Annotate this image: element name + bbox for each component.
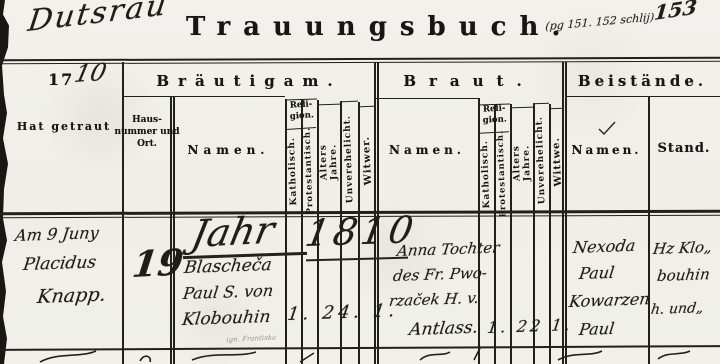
groom-religion-age-marks: 1. 24. 1. <box>286 300 400 325</box>
house-line3: Ort. <box>114 138 179 150</box>
column-header-house: Haus- nummer und Ort. <box>122 108 172 156</box>
section-header-witnesses: Beistände. <box>565 68 720 94</box>
column-header-witness-names: Namen. <box>565 140 648 160</box>
table-rule-horizontal <box>122 96 285 97</box>
column-header-groom-age: Alters Jahre. <box>315 112 341 213</box>
bride-line: des Fr. Pwo- <box>392 264 488 285</box>
religion-line2: gion. <box>287 110 317 123</box>
protestant-label: Protestantisch. <box>302 127 315 215</box>
witness-line: Kowarzen <box>568 289 651 311</box>
officiant-line: Knapp. <box>36 284 107 308</box>
officiant-line: Am 9 Juny <box>14 223 100 245</box>
table-rule-vertical <box>648 96 650 364</box>
section-header-groom: Bräutigam. <box>122 68 376 94</box>
unmarried-label: Unverehelicht. <box>342 115 355 204</box>
table-rule-horizontal <box>317 104 340 106</box>
table-rule-horizontal <box>565 96 720 97</box>
house-line2: nummer und <box>114 126 179 138</box>
scanned-register-page: Dutsrau Trauungsbuch. (pg 151. 152 schli… <box>0 0 720 364</box>
widow-label: Wittwe. <box>550 137 564 187</box>
groom-line: Blascheča <box>183 255 273 278</box>
column-header-bride-names: Namen. <box>376 140 478 160</box>
age-line2: Jahre. <box>521 145 532 182</box>
stand-line: h. und„ <box>650 300 704 318</box>
witness-line: Nexoda <box>572 236 637 257</box>
officiant-line: Placidus <box>22 252 97 275</box>
year-handwritten: 10 <box>72 58 109 88</box>
house-number-entry: 19 <box>130 241 186 286</box>
year-printed: 17 <box>48 70 74 89</box>
age-line2: Jahre. <box>328 144 339 181</box>
partial-row-strokes <box>0 348 720 364</box>
column-header-officiant: Hat getraut <box>8 118 120 134</box>
column-header-groom-names: Namen. <box>172 140 285 160</box>
table-rule-horizontal <box>549 108 563 109</box>
column-header-bride-religion: Reli- gion. <box>479 103 509 126</box>
age-line1: Alters <box>511 145 522 181</box>
table-rule-horizontal <box>510 107 533 109</box>
groom-line: Paul S. von <box>182 281 274 303</box>
stand-line: Hz Klo„ <box>652 238 713 258</box>
stand-line: bouhin <box>656 265 711 285</box>
bride-line: rzaček H. v. <box>388 289 480 310</box>
bride-line: Antlass. <box>408 318 479 340</box>
check-mark-handwritten <box>596 120 618 136</box>
column-header-stand: Stand. <box>648 138 720 158</box>
unmarried-label: Unverehelicht. <box>534 116 547 205</box>
year-heading-word: Jahr <box>188 208 278 256</box>
table-rule-horizontal <box>533 103 549 105</box>
section-header-bride: Braut. <box>376 68 562 94</box>
column-header-groom-religion: Reli- gion. <box>286 99 316 123</box>
bride-line: Anna Tochter <box>396 238 501 260</box>
page-title: Trauungsbuch. <box>186 12 573 42</box>
catholic-label: Katholisch. <box>287 137 299 206</box>
groom-line: Klobouhin <box>181 307 272 330</box>
witness-line: Paul <box>578 319 616 339</box>
table-rule-horizontal <box>340 101 358 103</box>
widower-label: Witwer. <box>360 136 374 186</box>
witness-line: Paul <box>578 263 616 283</box>
bride-religion-age-marks: 1. 22 1. <box>486 315 574 337</box>
religion-line2: gion. <box>480 114 510 127</box>
column-header-bride-age: Alters Jahre. <box>508 114 534 213</box>
table-rule-horizontal <box>376 98 478 99</box>
house-line1: Haus- <box>114 114 179 126</box>
catholic-label: Katholisch. <box>480 140 492 209</box>
protestant-label: Protestantisch. <box>495 130 508 218</box>
age-line1: Alters <box>318 144 329 180</box>
